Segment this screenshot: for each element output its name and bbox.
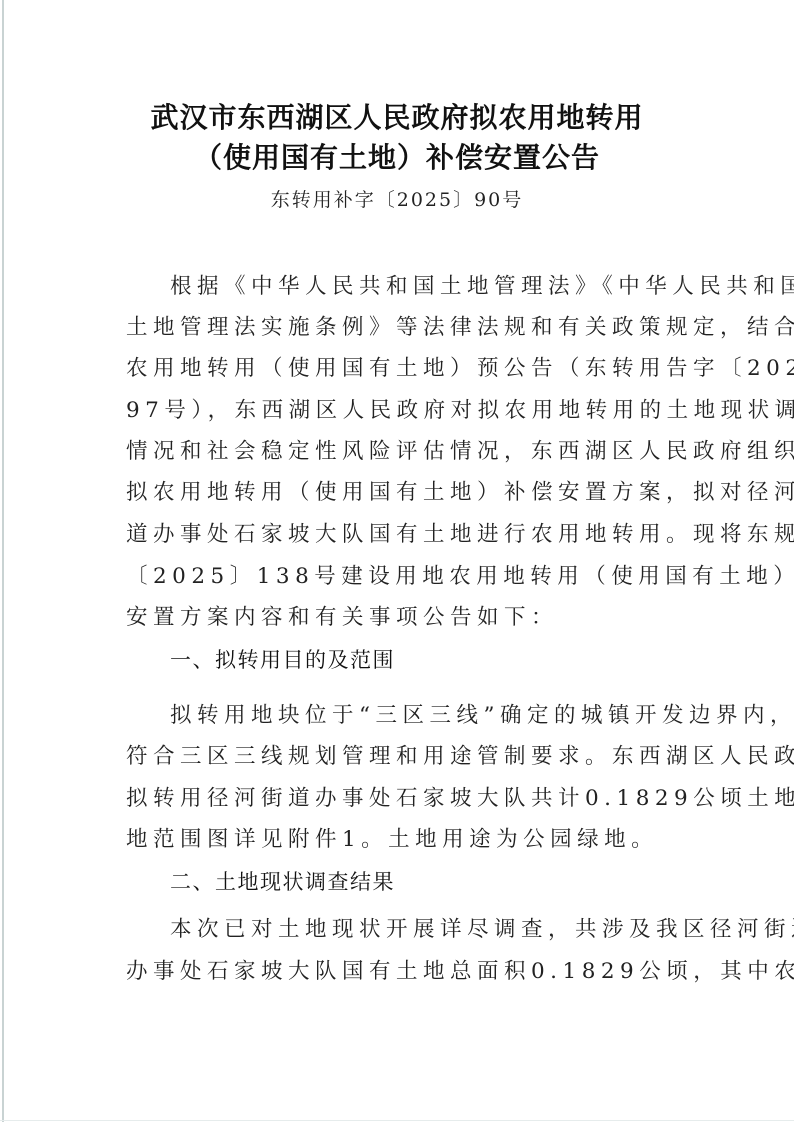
paragraph-line: 土地管理法实施条例》等法律法规和有关政策规定，结合拟 (126, 313, 678, 343)
section-heading-1: 一、拟转用目的及范围 (170, 645, 395, 675)
paragraph-line: 本次已对土地现状开展详尽调查，共涉及我区径河街道 (170, 915, 678, 945)
paragraph-line: 情况和社会稳定性风险评估情况，东西湖区人民政府组织了 (126, 437, 678, 467)
paragraph-line: 安置方案内容和有关事项公告如下： (126, 603, 678, 633)
paragraph-line: 拟转用径河街道办事处石家坡大队共计0.1829公顷土地，用 (126, 784, 678, 814)
page-title-line-1: 武汉市东西湖区人民政府拟农用地转用 (0, 98, 794, 138)
paragraph-line: 拟转用地块位于“三区三线”确定的城镇开发边界内， (170, 701, 678, 731)
paragraph-line: 拟农用地转用（使用国有土地）补偿安置方案，拟对径河街 (126, 478, 678, 508)
paragraph-line: 97号），东西湖区人民政府对拟农用地转用的土地现状调查 (126, 396, 678, 426)
paragraph-line: 地范围图详见附件1。土地用途为公园绿地。 (126, 825, 678, 855)
paragraph-line: 符合三区三线规划管理和用途管制要求。东西湖区人民政府 (126, 742, 678, 772)
page-title-line-2: （使用国有土地）补偿安置公告 (0, 138, 794, 178)
paragraph-line: 办事处石家坡大队国有土地总面积0.1829公顷，其中农用地 (126, 957, 678, 987)
paragraph-line: 道办事处石家坡大队国有土地进行农用地转用。现将东规 (126, 520, 678, 550)
paragraph-line: 〔2025〕138号建设用地农用地转用（使用国有土地）补偿 (126, 562, 678, 592)
paragraph-line: 农用地转用（使用国有土地）预公告（东转用告字〔2025〕 (126, 354, 678, 384)
scan-edge-bottom (0, 1120, 794, 1121)
document-number: 东转用补字〔2025〕90号 (0, 186, 794, 214)
section-heading-2: 二、土地现状调查结果 (170, 867, 395, 897)
paragraph-line: 根据《中华人民共和国土地管理法》《中华人民共和国 (170, 272, 678, 302)
